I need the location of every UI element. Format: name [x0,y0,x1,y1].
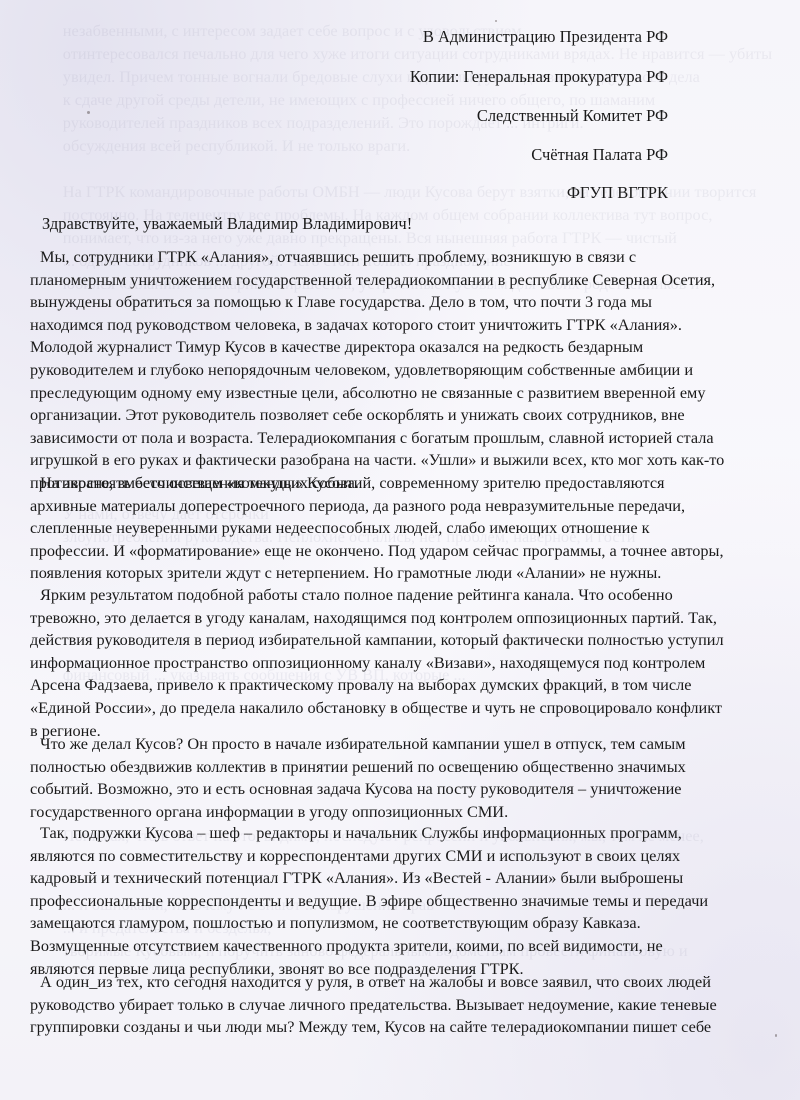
paragraph-line: группировки созданы и чьи люди мы? Между… [30,1016,760,1039]
paragraph-line: А один_из тех, кто сегодня находится у р… [30,971,760,994]
addressee-prosecutor-general: Копии: Генеральная прокуратура РФ [410,67,668,87]
paragraph-line: находимся под руководством человека, в з… [30,314,760,337]
addressee-vgtrk: ФГУП ВГТРК [567,183,668,203]
paragraph-line: кадровый и технический потенциал ГТРК «А… [30,867,760,890]
scanned-paper: незабвенными, с интересом задает себе во… [0,0,800,1100]
paragraph-line: действия руководителя в период избирател… [30,629,760,652]
paragraph-line: Мы, сотрудники ГТРК «Алания», отчаявшись… [30,246,760,269]
paragraph-line: зависимости от пола и возраста. Телеради… [30,427,760,450]
paragraph-line: преследующим одному ему известные цели, … [30,382,760,405]
paragraph-line: «Единой России», до предела накалило обс… [30,697,760,720]
addressee-accounts-chamber: Счётная Палата РФ [531,145,668,165]
paragraph-6: А один_из тех, кто сегодня находится у р… [30,971,760,1039]
paragraph-line: замещаются гламуром, пошлостью и популиз… [30,912,760,935]
paragraph-line: Что же делал Кусов? Он просто в начале и… [30,733,760,756]
addressee-investigative-committee: Следственный Комитет РФ [477,106,668,126]
paragraph-4: Что же делал Кусов? Он просто в начале и… [30,733,760,823]
paragraph-line: На экране, вместо освещения текущих собы… [30,472,760,495]
greeting: Здравствуйте, уважаемый Владимир Владими… [42,214,412,234]
paragraph-line: информационное пространство оппозиционно… [30,652,760,675]
paragraph-line: Ярким результатом подобной работы стало … [30,584,760,607]
paragraph-line: событий. Возможно, это и есть основная з… [30,778,760,801]
paragraph-line: профессии. И «форматирование» еще не око… [30,540,760,563]
paragraph-2: На экране, вместо освещения текущих собы… [30,472,760,585]
paragraph-line: тревожно, это делается в угоду каналам, … [30,607,760,630]
paragraph-line: государственного органа информации в уго… [30,801,760,824]
paragraph-line: организации. Этот руководитель позволяет… [30,404,760,427]
paragraph-line: Так, подружки Кусова – шеф – редакторы и… [30,822,760,845]
paragraph-line: слепленные неуверенными руками недееспос… [30,517,760,540]
paragraph-line: Молодой журналист Тимур Кусов в качестве… [30,336,760,359]
paragraph-5: Так, подружки Кусова – шеф – редакторы и… [30,822,760,980]
paragraph-line: полностью обездвижив коллектив в приняти… [30,756,760,779]
paragraph-line: появления которых зрители ждут с нетерпе… [30,562,760,585]
paragraph-line: руководство убирает только в случае личн… [30,994,760,1017]
paragraph-line: вынуждены обратиться за помощью к Главе … [30,291,760,314]
paragraph-line: являются по совместительству и корреспон… [30,845,760,868]
paragraph-line: Арсена Фадзаева, привело к практическому… [30,674,760,697]
paper-speck [87,111,90,114]
paragraph-line: профессиональные корреспонденты и ведущи… [30,890,760,913]
paragraph-line: игрушкой в его руках и фактически разобр… [30,449,760,472]
paper-speck [495,20,497,22]
paragraph-3: Ярким результатом подобной работы стало … [30,584,760,742]
paragraph-line: руководителем и глубоко непорядочным чел… [30,359,760,382]
addressee-president-administration: В Администрацию Президента РФ [423,27,668,47]
paper-speck [775,1034,777,1037]
paragraph-line: архивные материалы доперестроечного пери… [30,495,760,518]
paragraph-line: планомерным уничтожением государственной… [30,269,760,292]
paragraph-line: Возмущенные отсутствием качественного пр… [30,935,760,958]
paragraph-1: Мы, сотрудники ГТРК «Алания», отчаявшись… [30,246,760,495]
